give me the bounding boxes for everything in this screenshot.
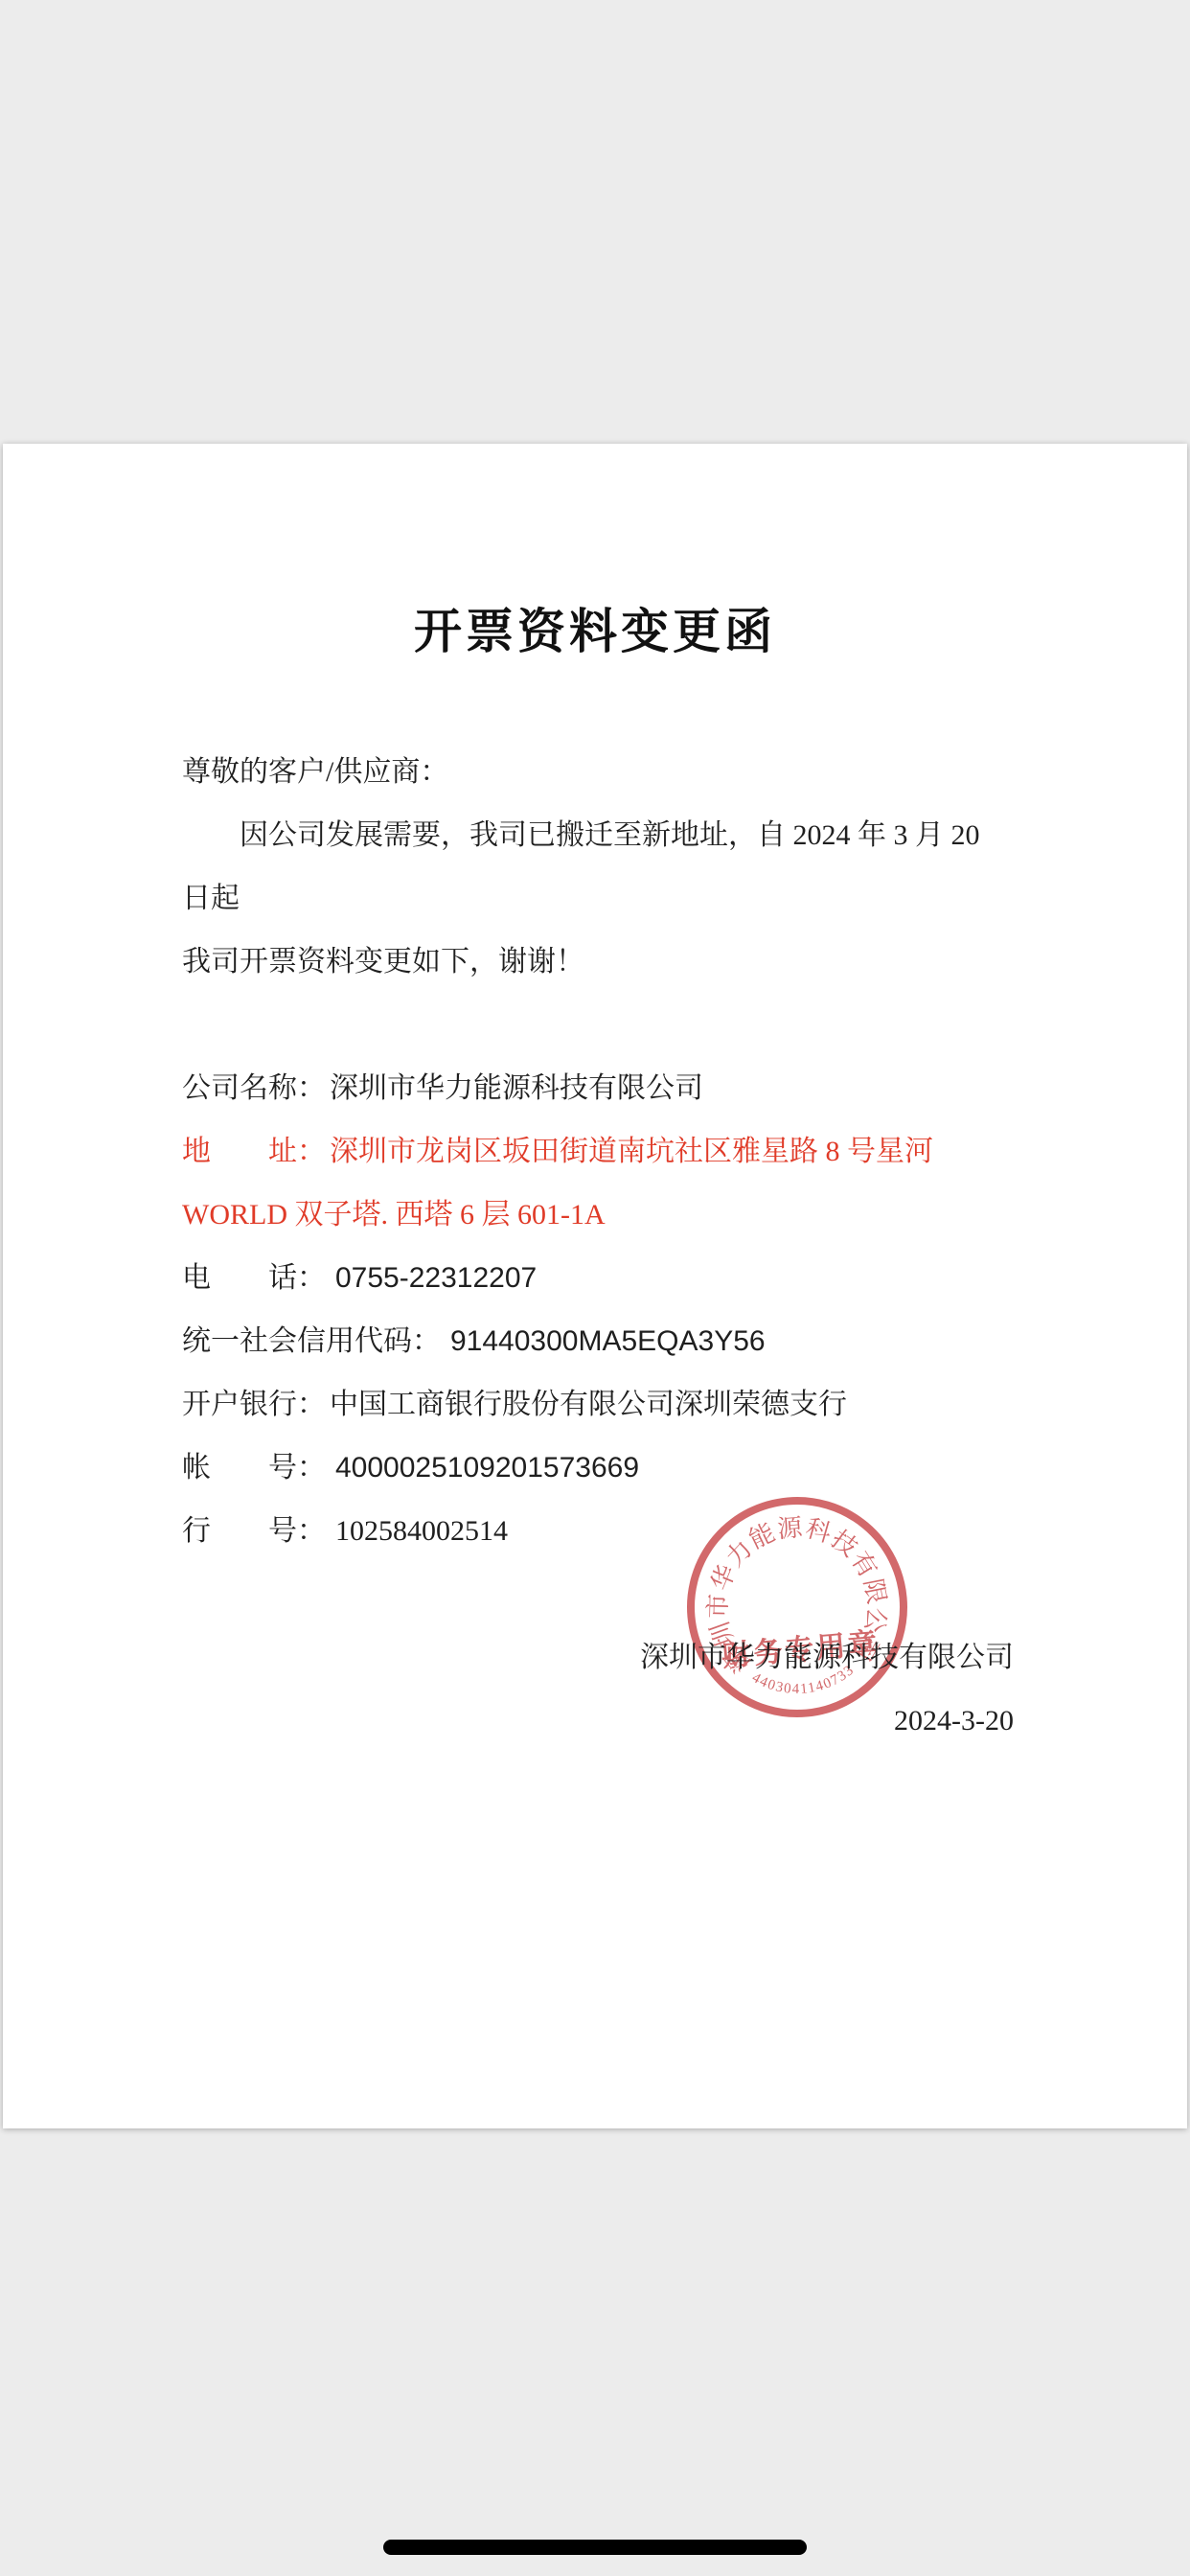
field-row-bank: 开户银行：中国工商银行股份有限公司深圳荣德支行 [182,1373,1014,1437]
spacer-line [182,994,1014,1057]
field-row-address: 地 址：深圳市龙岗区坂田街道南坑社区雅星路 8 号星河 WORLD 双子塔. 西… [182,1120,1014,1247]
field-value: 102584002514 [335,1515,508,1547]
field-label: 帐 号： [182,1452,326,1483]
field-value: 4000025109201573669 [335,1452,639,1483]
field-label: 开户银行： [182,1389,326,1420]
signature-company-name: 深圳市华力能源科技有限公司 [182,1626,1014,1690]
field-row-bank-line-number: 行 号：102584002514 [182,1500,1014,1563]
home-indicator-bar[interactable] [383,2540,807,2555]
field-value: 91440300MA5EQA3Y56 [450,1325,766,1357]
field-row-phone: 电 话：0755-22312207 [182,1247,1014,1310]
field-label: 公司名称： [182,1072,326,1104]
field-row-credit-code: 统一社会信用代码：91440300MA5EQA3Y56 [182,1310,1014,1373]
field-label: 地 址： [182,1136,326,1167]
field-value: 0755-22312207 [335,1262,537,1294]
greeting-line: 尊敬的客户/供应商： [182,741,1014,804]
field-label: 电 话： [182,1262,326,1294]
field-label: 统一社会信用代码： [182,1325,441,1357]
document-page: 开票资料变更函 深圳市华力能源科技有限公司 财务专用章 440304114073… [3,444,1187,2128]
body-paragraph-line-1: 因公司发展需要，我司已搬迁至新地址，自 2024 年 3 月 20 日起 [182,804,1014,931]
body-paragraph-line-2: 我司开票资料变更如下，谢谢！ [182,931,1014,994]
field-value: 深圳市华力能源科技有限公司 [330,1072,703,1104]
signature-block: 深圳市华力能源科技有限公司 2024-3-20 [182,1626,1014,1753]
field-row-company-name: 公司名称：深圳市华力能源科技有限公司 [182,1057,1014,1120]
field-label: 行 号： [182,1515,326,1547]
field-row-account-number: 帐 号：4000025109201573669 [182,1437,1014,1500]
field-value: 中国工商银行股份有限公司深圳荣德支行 [330,1389,847,1420]
phone-screen: 开票资料变更函 深圳市华力能源科技有限公司 财务专用章 440304114073… [0,0,1190,2576]
signature-date: 2024-3-20 [182,1690,1014,1753]
document-title: 开票资料变更函 [3,603,1187,660]
letter-body: 尊敬的客户/供应商： 因公司发展需要，我司已搬迁至新地址，自 2024 年 3 … [182,741,1014,1753]
